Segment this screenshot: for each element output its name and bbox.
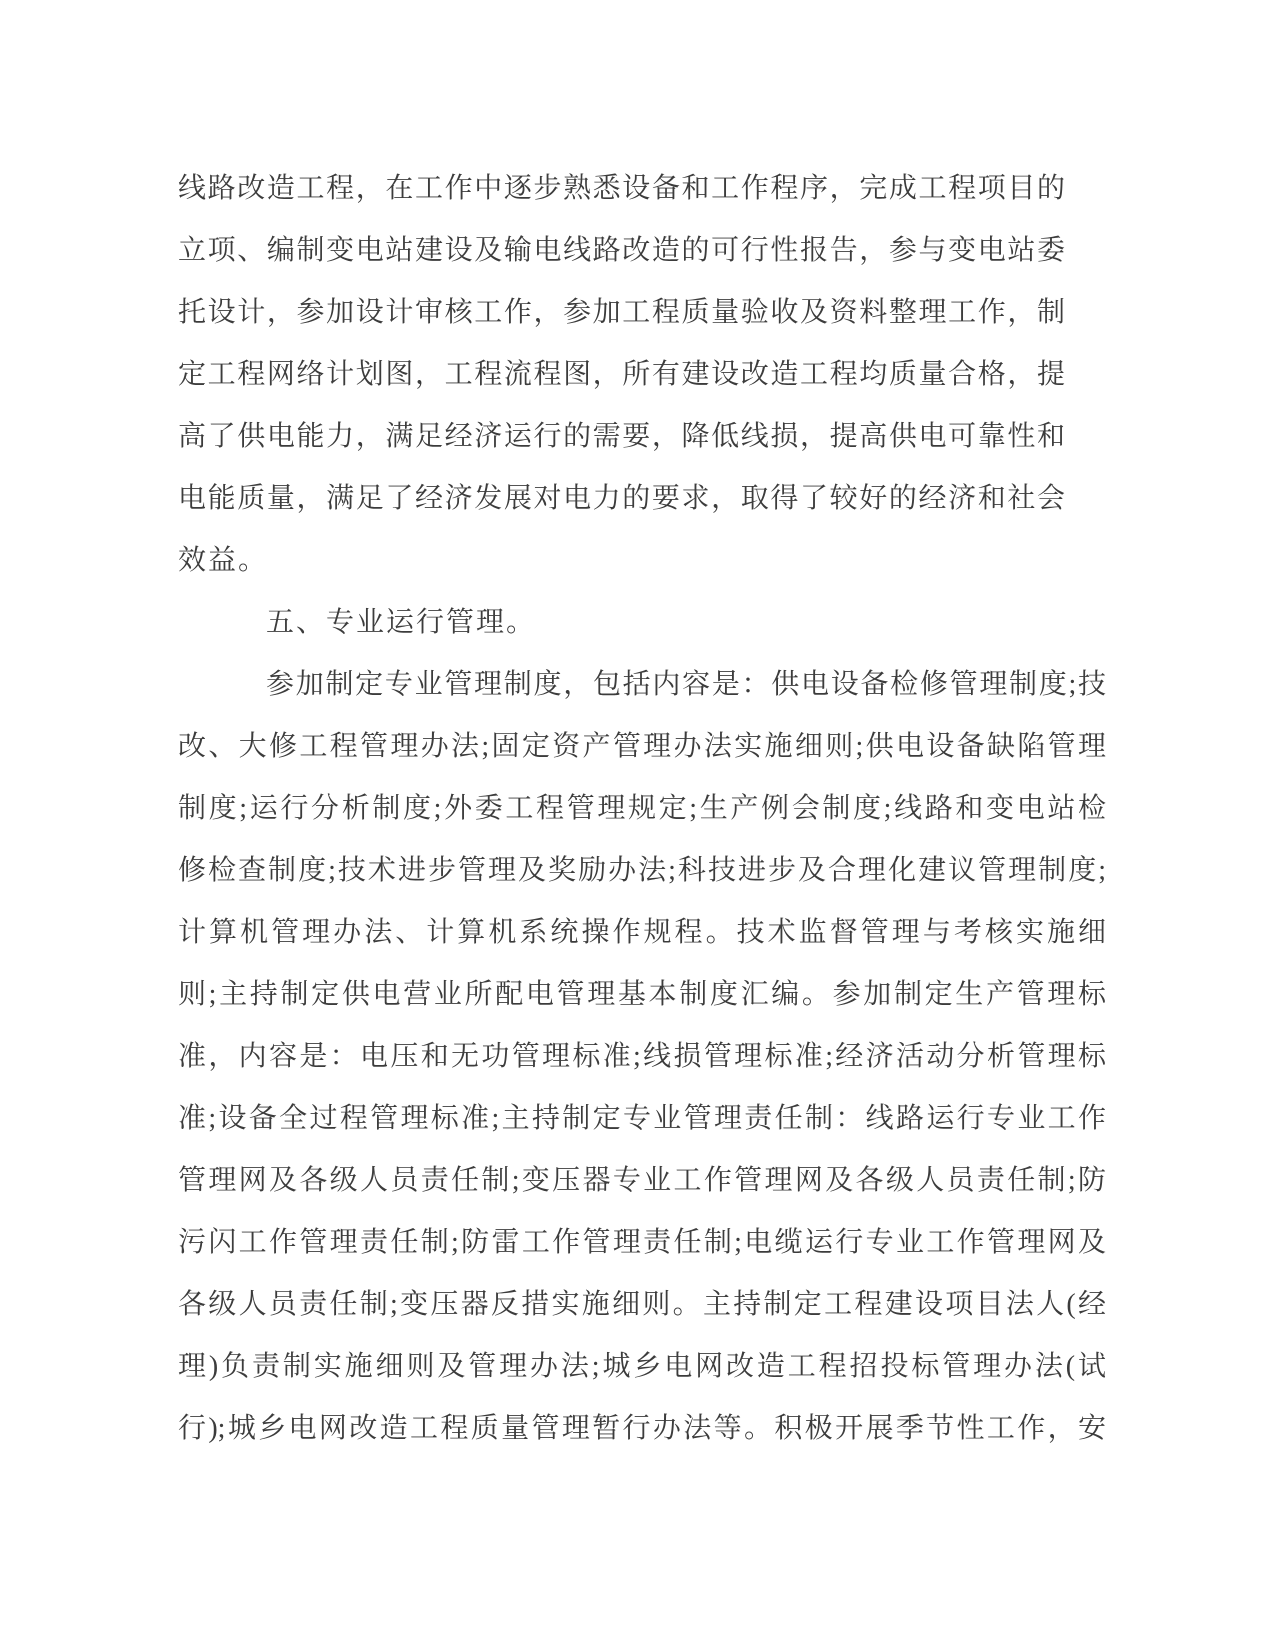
text-line: 立项、编制变电站建设及输电线路改造的可行性报告，参与变电站委 [178, 220, 1065, 282]
text-line: 理)负责制实施细则及管理办法;城乡电网改造工程招投标管理办法(试 [178, 1336, 1106, 1398]
text-line: 参加制定专业管理制度，包括内容是：供电设备检修管理制度;技 [178, 654, 1106, 716]
text-line: 各级人员责任制;变压器反措实施细则。主持制定工程建设项目法人(经 [178, 1274, 1106, 1336]
text-line: 高了供电能力，满足经济运行的需要，降低线损，提高供电可靠性和 [178, 406, 1065, 468]
text-line: 效益。 [178, 530, 1065, 592]
text-line: 托设计，参加设计审核工作，参加工程质量验收及资料整理工作，制 [178, 282, 1065, 344]
text-line: 管理网及各级人员责任制;变压器专业工作管理网及各级人员责任制;防 [178, 1150, 1106, 1212]
text-line: 线路改造工程，在工作中逐步熟悉设备和工作程序，完成工程项目的 [178, 158, 1065, 220]
text-block: 线路改造工程，在工作中逐步熟悉设备和工作程序，完成工程项目的立项、编制变电站建设… [178, 158, 1106, 1460]
text-line: 计算机管理办法、计算机系统操作规程。技术监督管理与考核实施细 [178, 902, 1106, 964]
text-line: 改、大修工程管理办法;固定资产管理办法实施细则;供电设备缺陷管理 [178, 716, 1106, 778]
document-page: 线路改造工程，在工作中逐步熟悉设备和工作程序，完成工程项目的立项、编制变电站建设… [0, 0, 1275, 1650]
text-line: 准，内容是：电压和无功管理标准;线损管理标准;经济活动分析管理标 [178, 1026, 1106, 1088]
text-line: 则;主持制定供电营业所配电管理基本制度汇编。参加制定生产管理标 [178, 964, 1106, 1026]
text-line: 准;设备全过程管理标准;主持制定专业管理责任制：线路运行专业工作 [178, 1088, 1106, 1150]
text-line: 制度;运行分析制度;外委工程管理规定;生产例会制度;线路和变电站检 [178, 778, 1106, 840]
text-line: 定工程网络计划图，工程流程图，所有建设改造工程均质量合格，提 [178, 344, 1065, 406]
text-line: 污闪工作管理责任制;防雷工作管理责任制;电缆运行专业工作管理网及 [178, 1212, 1106, 1274]
text-line: 电能质量，满足了经济发展对电力的要求，取得了较好的经济和社会 [178, 468, 1065, 530]
text-line: 修检查制度;技术进步管理及奖励办法;科技进步及合理化建议管理制度; [178, 840, 1106, 902]
text-line: 五、专业运行管理。 [178, 592, 1106, 654]
text-line: 行);城乡电网改造工程质量管理暂行办法等。积极开展季节性工作，安 [178, 1398, 1106, 1460]
